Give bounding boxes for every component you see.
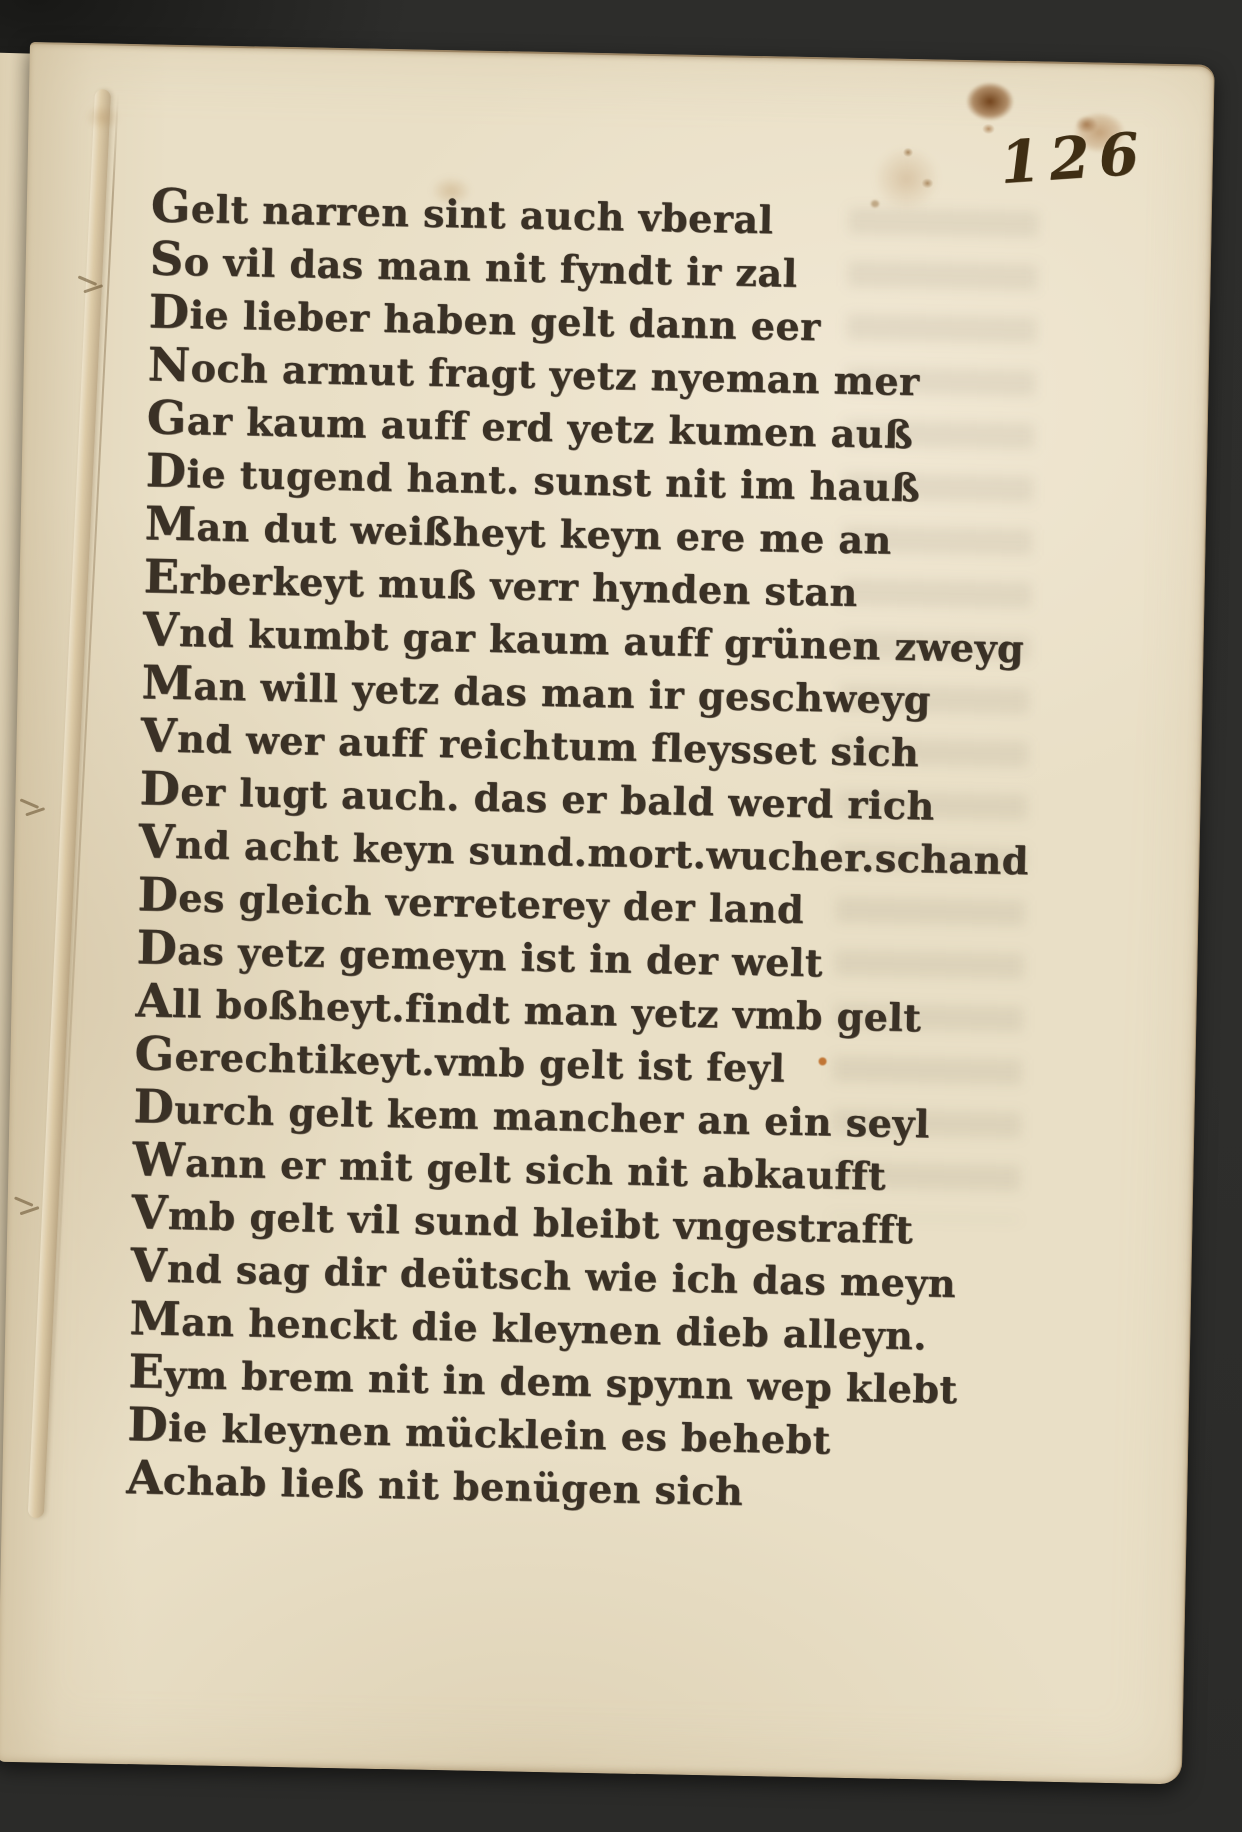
- spine-cord: [28, 89, 111, 1518]
- poem-text: Gelt narren sint auch vberalSo vil das m…: [126, 178, 1051, 1520]
- stain: [80, 101, 125, 134]
- stain: [959, 76, 1022, 127]
- book-page: 126 Gelt narren sint auch vberalSo vil d…: [0, 42, 1215, 1784]
- scanned-book-page: 126 Gelt narren sint auch vberalSo vil d…: [0, 0, 1242, 1832]
- sewing-notch: [20, 1206, 40, 1215]
- stain: [902, 147, 914, 158]
- stain: [920, 177, 934, 189]
- sewing-notch: [14, 1196, 34, 1207]
- sewing-notch: [20, 798, 40, 809]
- stain: [980, 122, 996, 135]
- sewing-notch: [83, 284, 103, 293]
- sewing-notch: [25, 807, 45, 816]
- handwritten-page-number: 126: [998, 119, 1150, 197]
- sewing-notch: [78, 275, 98, 286]
- spine-crease: [50, 94, 119, 1412]
